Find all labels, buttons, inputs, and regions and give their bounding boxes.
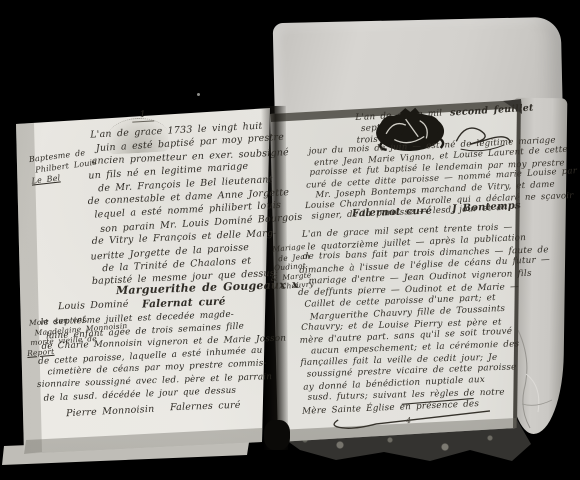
dust-speck: [197, 93, 200, 96]
gutter-ink-blot: [264, 420, 290, 450]
catchword-mark: 4: [406, 416, 412, 425]
marriage-entry-text: L'an de grace mil sept cent trente trois…: [296, 222, 526, 417]
burial-entry-text: le septiesme juillet est decedée magde-l…: [34, 307, 275, 405]
closing-flourish: [328, 396, 499, 430]
baptism-entry-text: L'an de grace 1733 le vingt huitJuin a e…: [84, 119, 278, 289]
manuscript-photograph: 1 Baptesme dePhilbert LouisLe Bel L'an d…: [0, 0, 580, 480]
